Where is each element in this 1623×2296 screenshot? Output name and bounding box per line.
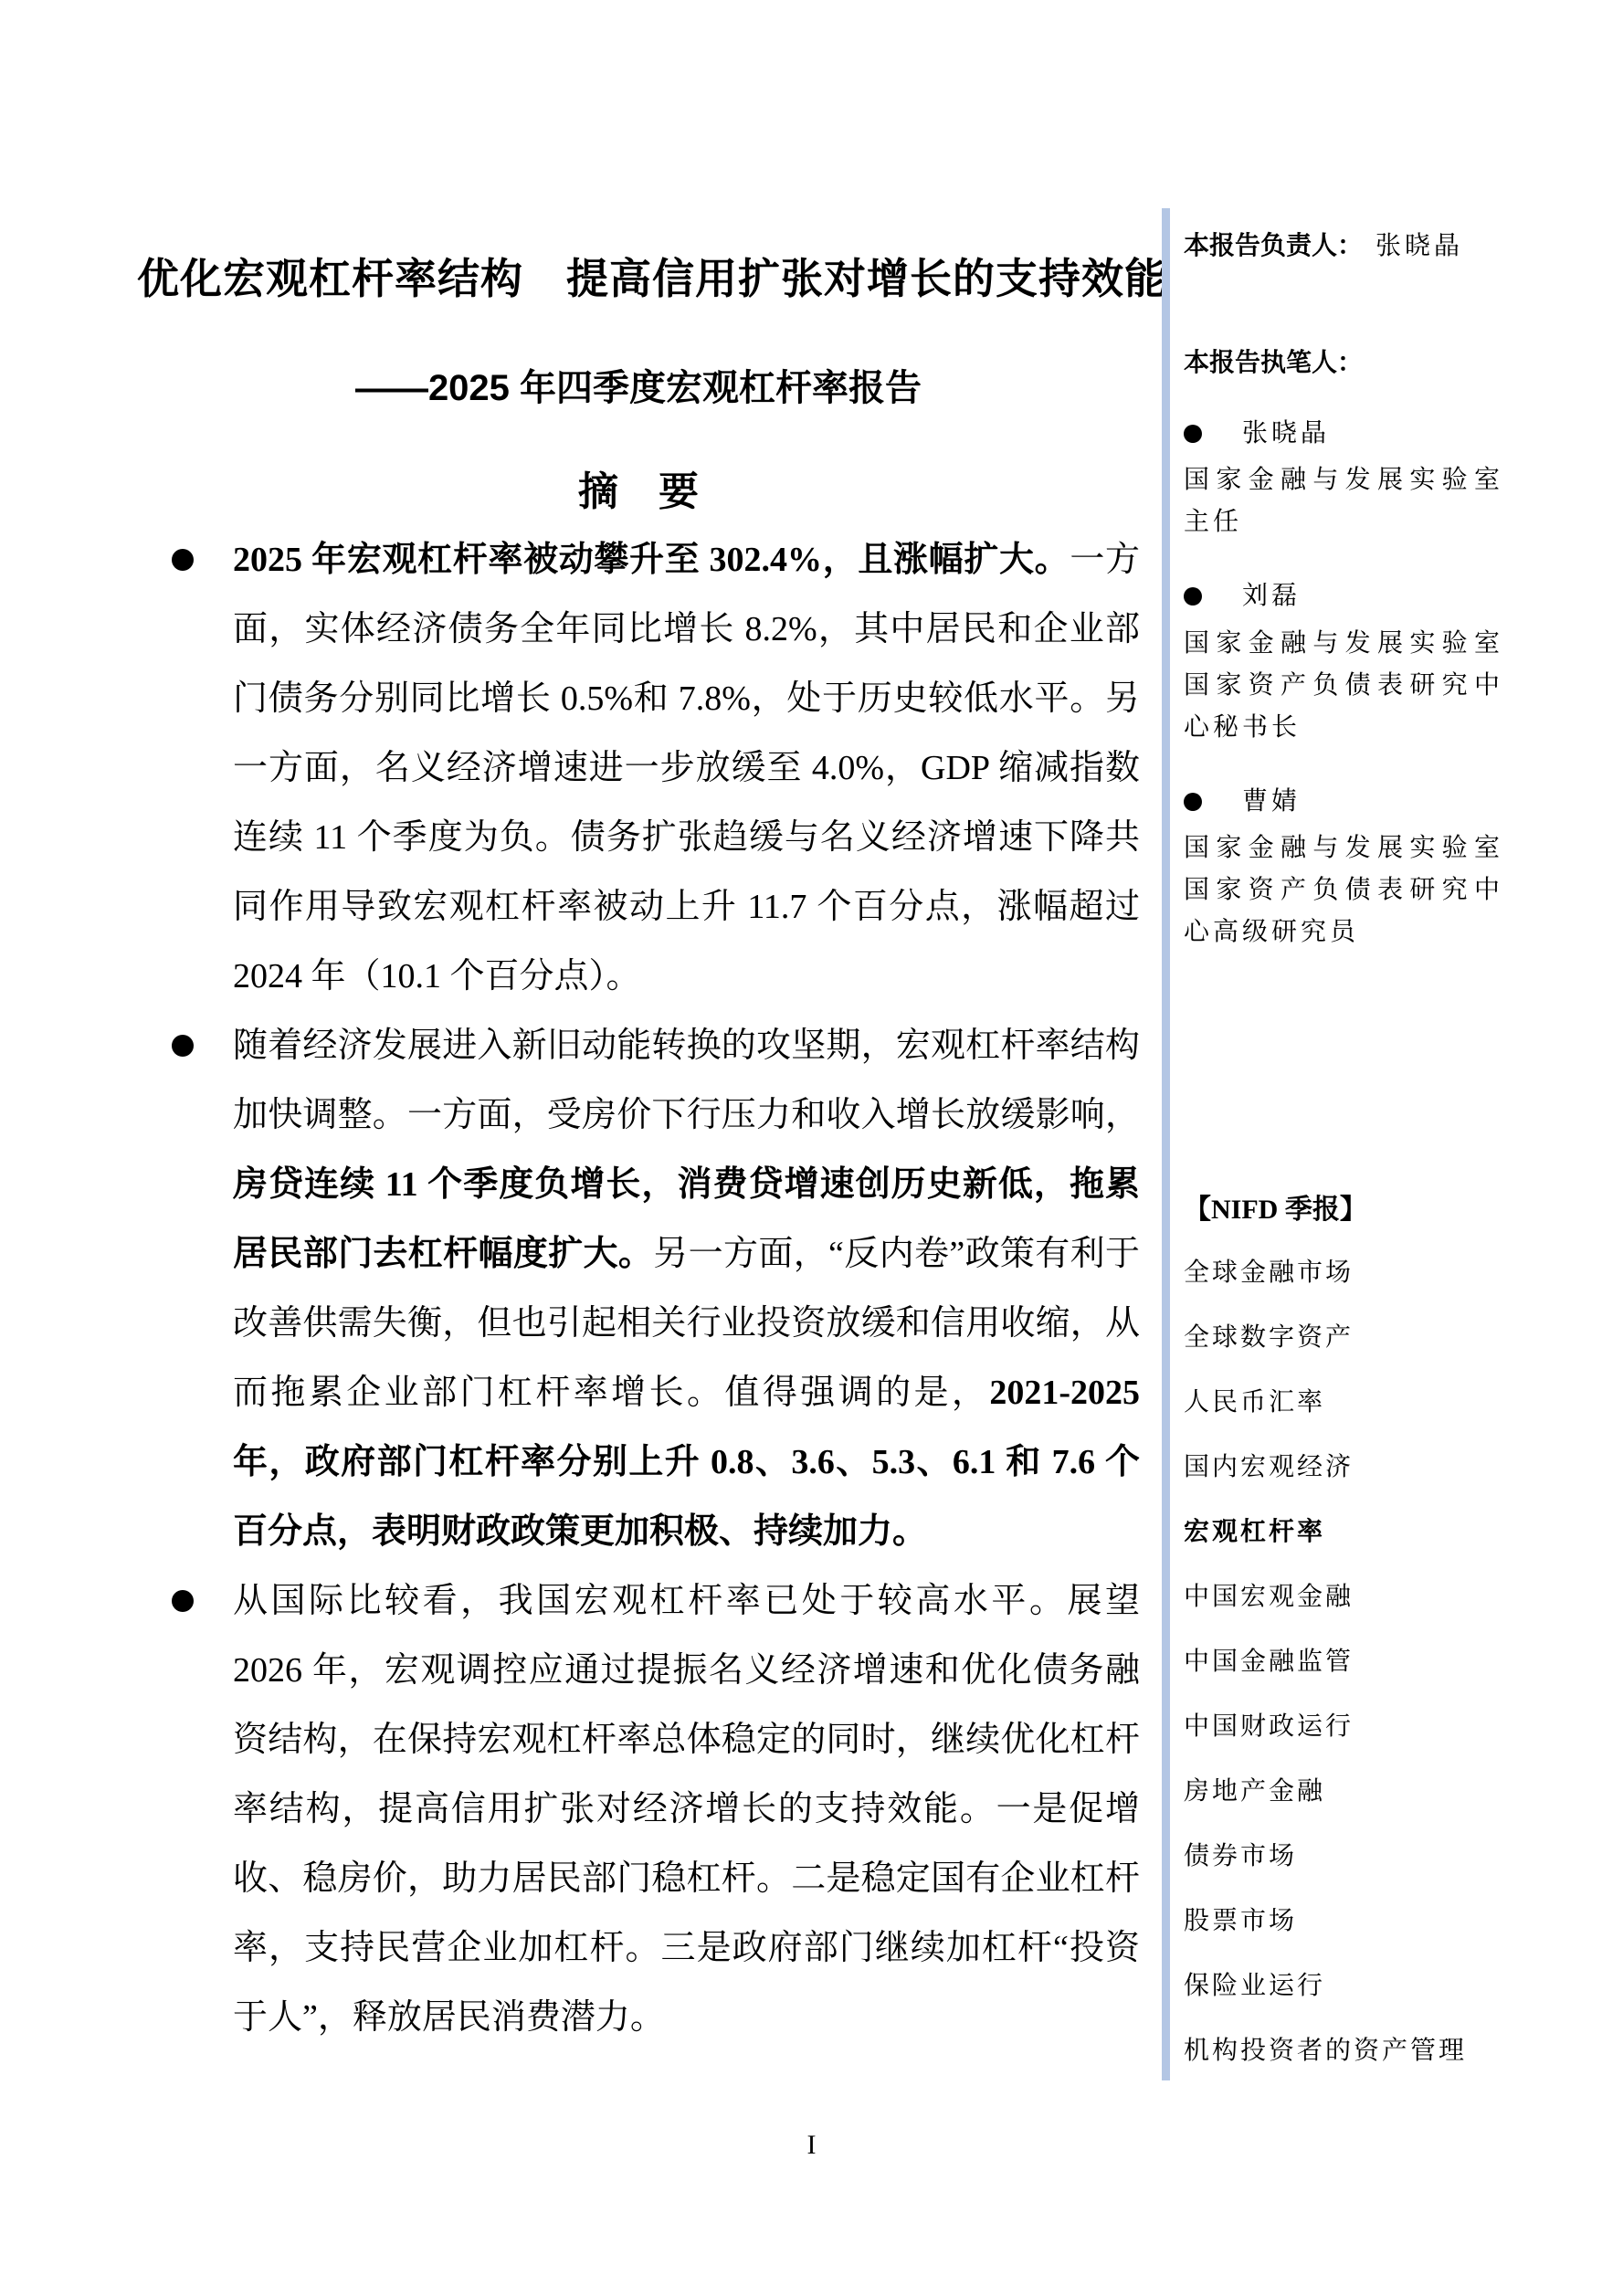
author-bullet-icon: [1184, 425, 1202, 443]
nifd-series-item: 全球数字资产: [1184, 1305, 1534, 1370]
report-lead-line: 本报告负责人：张晓晶: [1184, 230, 1534, 263]
author-name-line: 刘磊: [1184, 580, 1534, 613]
nifd-series-item: 债券市场: [1184, 1824, 1534, 1889]
report-title: 优化宏观杠杆率结构 提高信用扩张对增长的支持效能: [137, 255, 1140, 303]
nifd-series-item: 机构投资者的资产管理: [1184, 2018, 1534, 2083]
lead-name: 张晓晶: [1375, 232, 1463, 260]
abstract-bullets: 2025 年宏观杠杆率被动攀升至 302.4%，且涨幅扩大。一方面，实体经济债务…: [137, 525, 1140, 2052]
nifd-series-item: 房地产金融: [1184, 1759, 1534, 1824]
report-subtitle: ——2025 年四季度宏观杠杆率报告: [137, 359, 1140, 411]
author-name: 刘磊: [1242, 580, 1301, 613]
abstract-bullet: 从国际比较看，我国宏观杠杆率已处于较高水平。展望 2026 年，宏观调控应通过提…: [137, 1566, 1140, 2052]
nifd-series-item: 保险业运行: [1184, 1954, 1534, 2018]
bullet-dot-icon: [172, 549, 194, 571]
author-affiliation: 国家金融与发展实验室国家资产负债表研究中心秘书长: [1184, 623, 1503, 749]
sidebar-divider: [1162, 208, 1170, 2080]
author-name-line: 曹婧: [1184, 785, 1534, 818]
bullet-text-run: 从国际比较看，我国宏观杠杆率已处于较高水平。展望 2026 年，宏观调控应通过提…: [233, 1582, 1140, 2037]
nifd-series-list: 全球金融市场全球数字资产人民币汇率国内宏观经济宏观杠杆率中国宏观金融中国金融监管…: [1184, 1240, 1534, 2083]
abstract-bullet: 随着经济发展进入新旧动能转换的攻坚期，宏观杠杆率结构加快调整。一方面，受房价下行…: [137, 1011, 1140, 1566]
nifd-series-item: 全球金融市场: [1184, 1240, 1534, 1305]
nifd-series-header: 【NIFD 季报】: [1184, 1192, 1534, 1227]
sidebar: 本报告负责人：张晓晶 本报告执笔人： 张晓晶国家金融与发展实验室主任刘磊国家金融…: [1184, 210, 1534, 953]
bullet-text-run: 随着经济发展进入新旧动能转换的攻坚期，宏观杠杆率结构加快调整。一方面，受房价下行…: [233, 1027, 1140, 1134]
bullet-text-run: 一方面，实体经济债务全年同比增长 8.2%，其中居民和企业部门债务分别同比增长 …: [233, 541, 1140, 995]
nifd-series-item: 国内宏观经济: [1184, 1435, 1534, 1500]
nifd-series-item: 中国财政运行: [1184, 1694, 1534, 1759]
bullet-text-bold-run: 2025 年宏观杠杆率被动攀升至 302.4%，且涨幅扩大。: [233, 541, 1070, 579]
author-affiliation: 国家金融与发展实验室国家资产负债表研究中心高级研究员: [1184, 827, 1503, 953]
nifd-series-item: 人民币汇率: [1184, 1370, 1534, 1435]
report-abstract-page: 优化宏观杠杆率结构 提高信用扩张对增长的支持效能 ——2025 年四季度宏观杠杆…: [0, 0, 1623, 2296]
abstract-bullet: 2025 年宏观杠杆率被动攀升至 302.4%，且涨幅扩大。一方面，实体经济债务…: [137, 525, 1140, 1011]
author-name: 张晓晶: [1242, 417, 1330, 450]
author-bullet-icon: [1184, 587, 1202, 606]
lead-label: 本报告负责人：: [1184, 232, 1363, 260]
authors-label: 本报告执笔人：: [1184, 347, 1534, 380]
nifd-series-item: 中国金融监管: [1184, 1629, 1534, 1694]
authors-list: 张晓晶国家金融与发展实验室主任刘磊国家金融与发展实验室国家资产负债表研究中心秘书…: [1184, 417, 1534, 953]
page-number: I: [0, 2130, 1623, 2161]
author-affiliation: 国家金融与发展实验室主任: [1184, 459, 1503, 543]
nifd-series-item: 中国宏观金融: [1184, 1564, 1534, 1629]
author-name: 曹婧: [1242, 785, 1301, 818]
abstract-heading: 摘 要: [137, 458, 1140, 517]
nifd-series-item: 宏观杠杆率: [1184, 1500, 1534, 1564]
nifd-series-item: 股票市场: [1184, 1889, 1534, 1954]
bullet-dot-icon: [172, 1035, 194, 1057]
nifd-series-section: 【NIFD 季报】 全球金融市场全球数字资产人民币汇率国内宏观经济宏观杠杆率中国…: [1184, 1192, 1534, 2083]
author-bullet-icon: [1184, 793, 1202, 811]
author-name-line: 张晓晶: [1184, 417, 1534, 450]
bullet-dot-icon: [172, 1590, 194, 1612]
